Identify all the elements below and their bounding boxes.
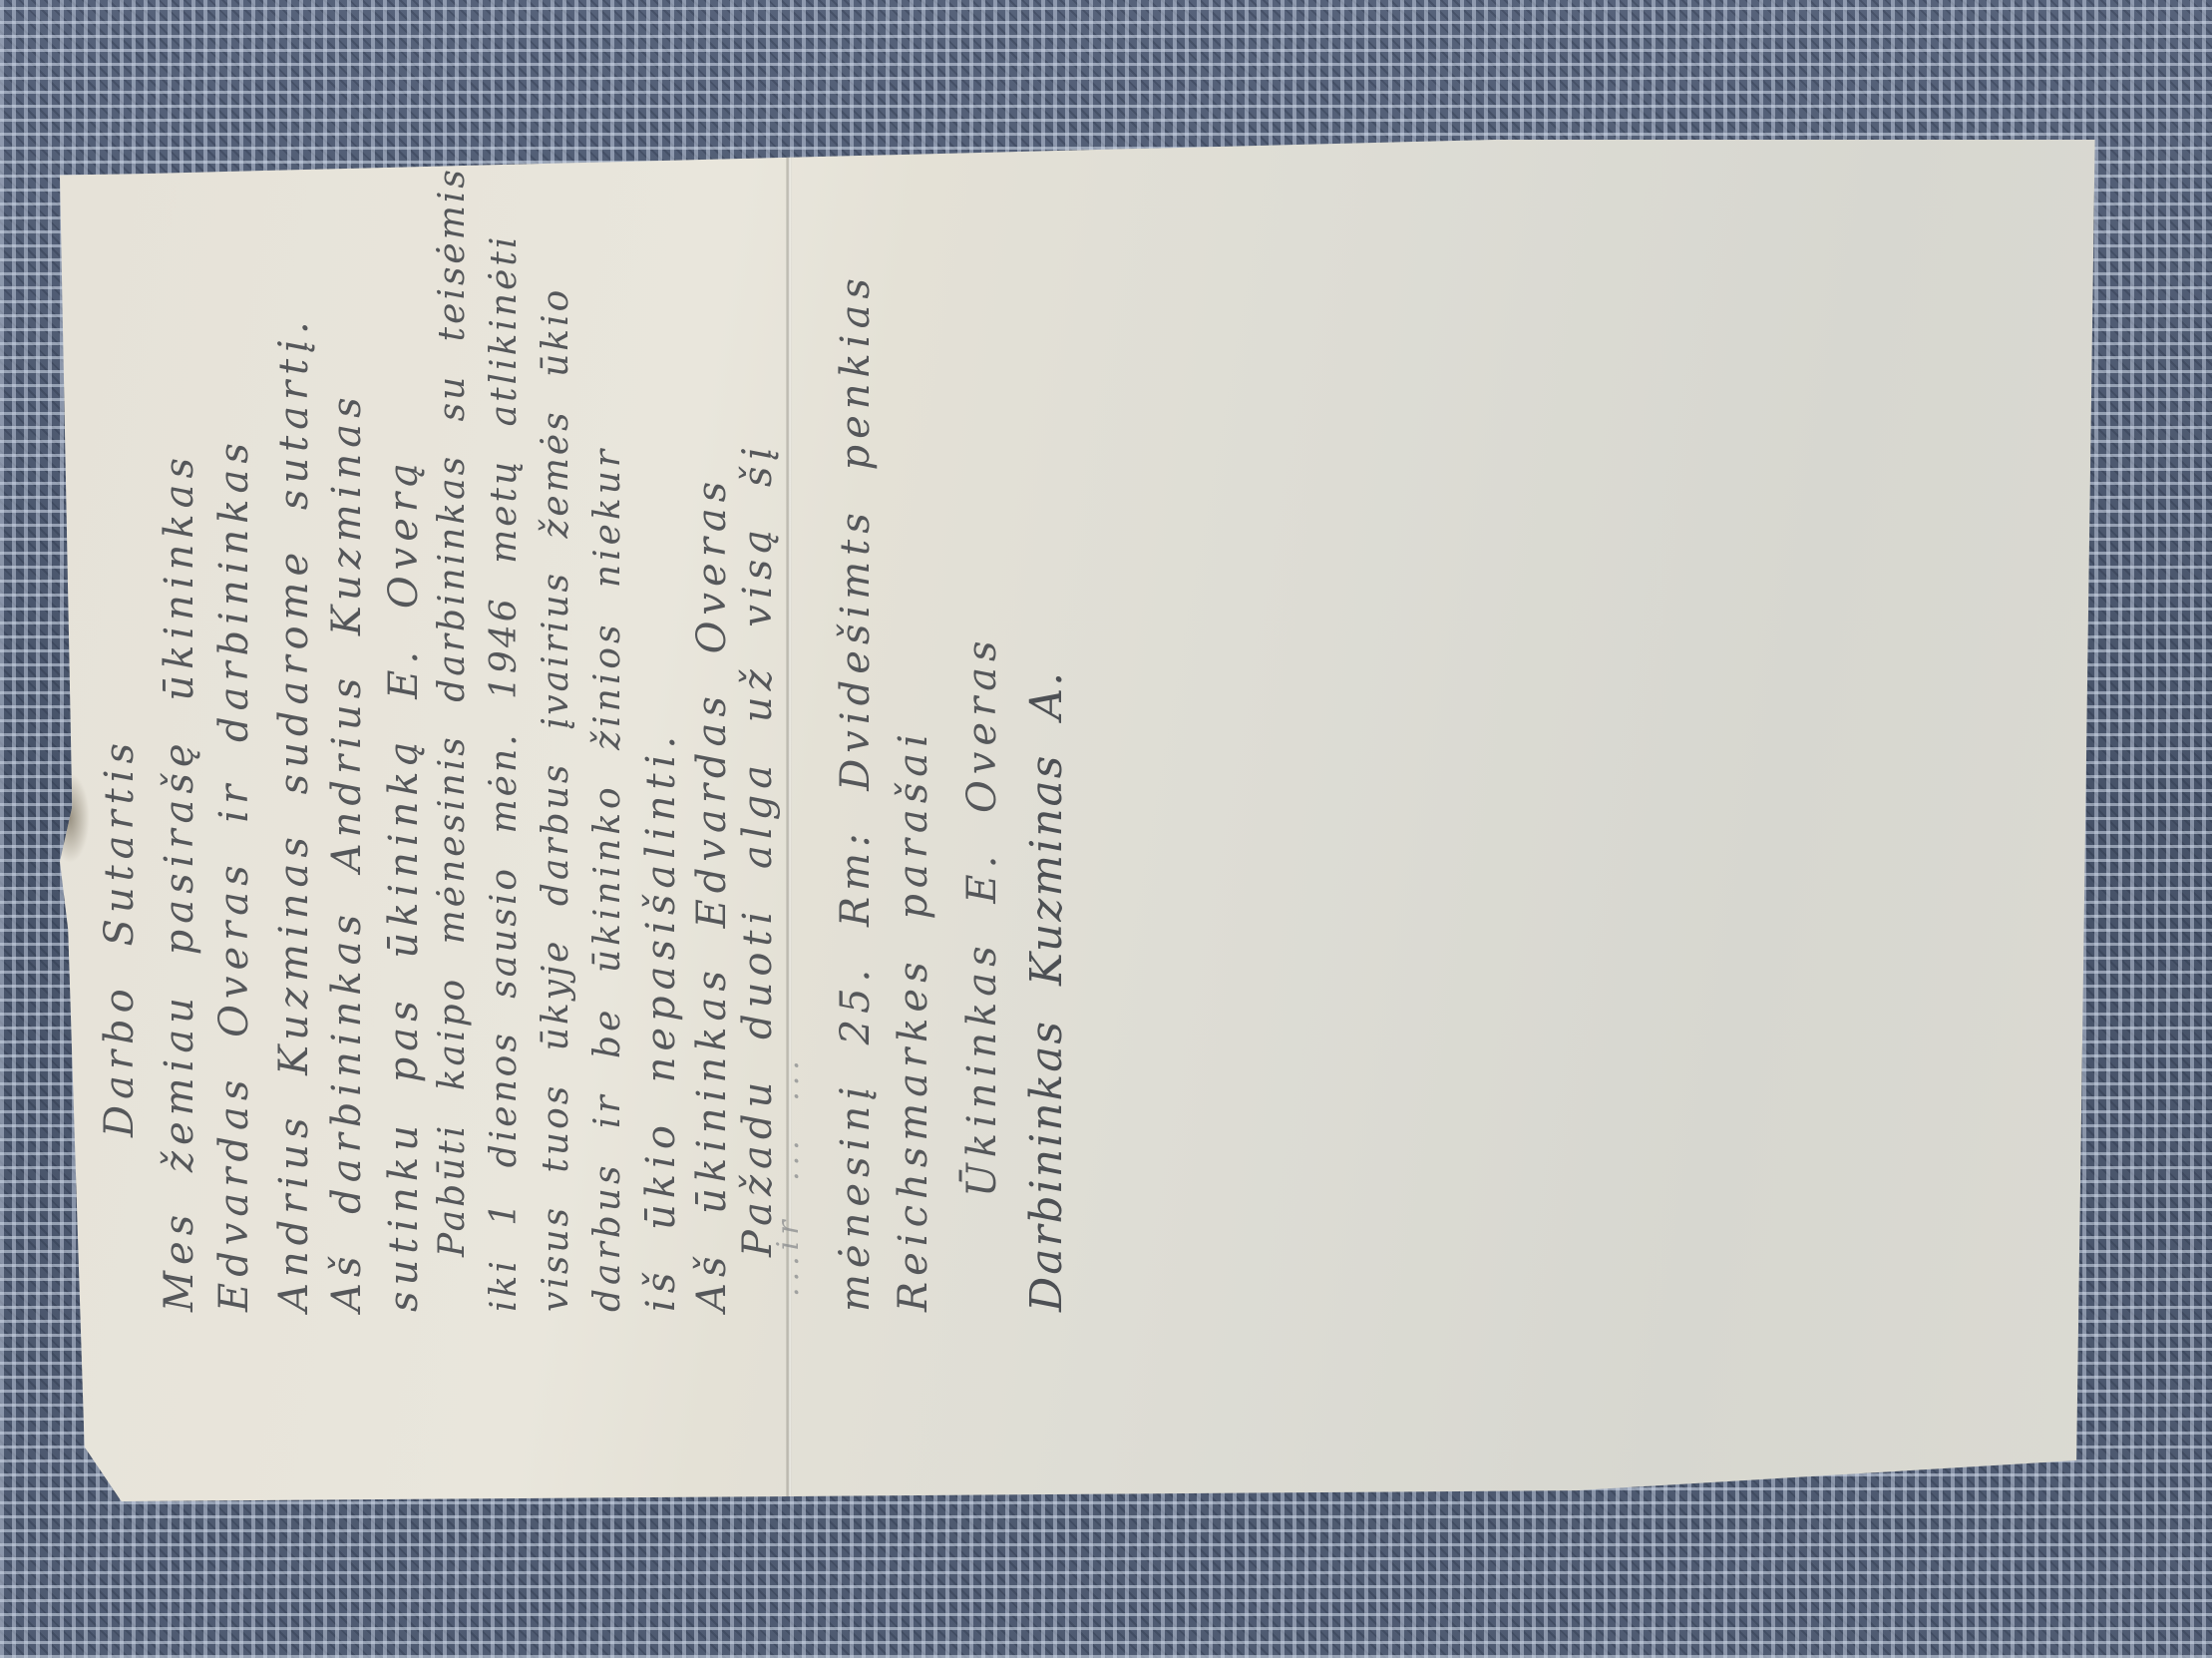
letter-line: Edvardas Overas ir darbininkas — [214, 437, 254, 1312]
signature-line: Darbininkas Kuzminas A. — [1025, 670, 1069, 1312]
photo-scene: Darbo Sutartis Mes žemiau pasirašę ūkini… — [0, 0, 2212, 1658]
letter-line: iki 1 dienos sausio mėn. 1946 metų atlik… — [487, 234, 523, 1312]
letter-line: Ūkininkas E. Overas — [962, 634, 1002, 1197]
fold-crease — [786, 140, 792, 1501]
letter-line: visus tuos ūkyje darbus įvairius žemės ū… — [539, 287, 574, 1312]
letter-line: mėnesinį 25. Rm: Dvidešimts penkias — [836, 272, 876, 1312]
letter-line: Reichsmarkes parašai — [894, 728, 933, 1312]
letter-line: iš ūkio nepasišalinti. — [641, 730, 681, 1312]
letter-line: Aš ūkininkas Edvardas Overas — [692, 476, 732, 1312]
letter-line-faint: ...ir ... ... — [774, 1054, 804, 1297]
letter-line: Mes žemiau pasirašę ūkininkas — [160, 452, 199, 1312]
letter-title: Darbo Sutartis — [100, 737, 140, 1137]
letter-line: Pabūti kaipo mėnesinis darbininkas su te… — [435, 167, 471, 1257]
paper-stain — [50, 773, 90, 863]
letter-line: sutinku pas ūkininką E. Overą — [384, 457, 424, 1312]
letter-line: Aš darbininkas Andrius Kuzminas — [327, 391, 367, 1312]
letter-line: Andrius Kuzminas sudarome sutartį. — [274, 315, 314, 1312]
letter-sheet: Darbo Sutartis Mes žemiau pasirašę ūkini… — [60, 140, 2109, 1501]
letter-line: darbus ir be ūkininko žinios niekur — [590, 446, 626, 1312]
